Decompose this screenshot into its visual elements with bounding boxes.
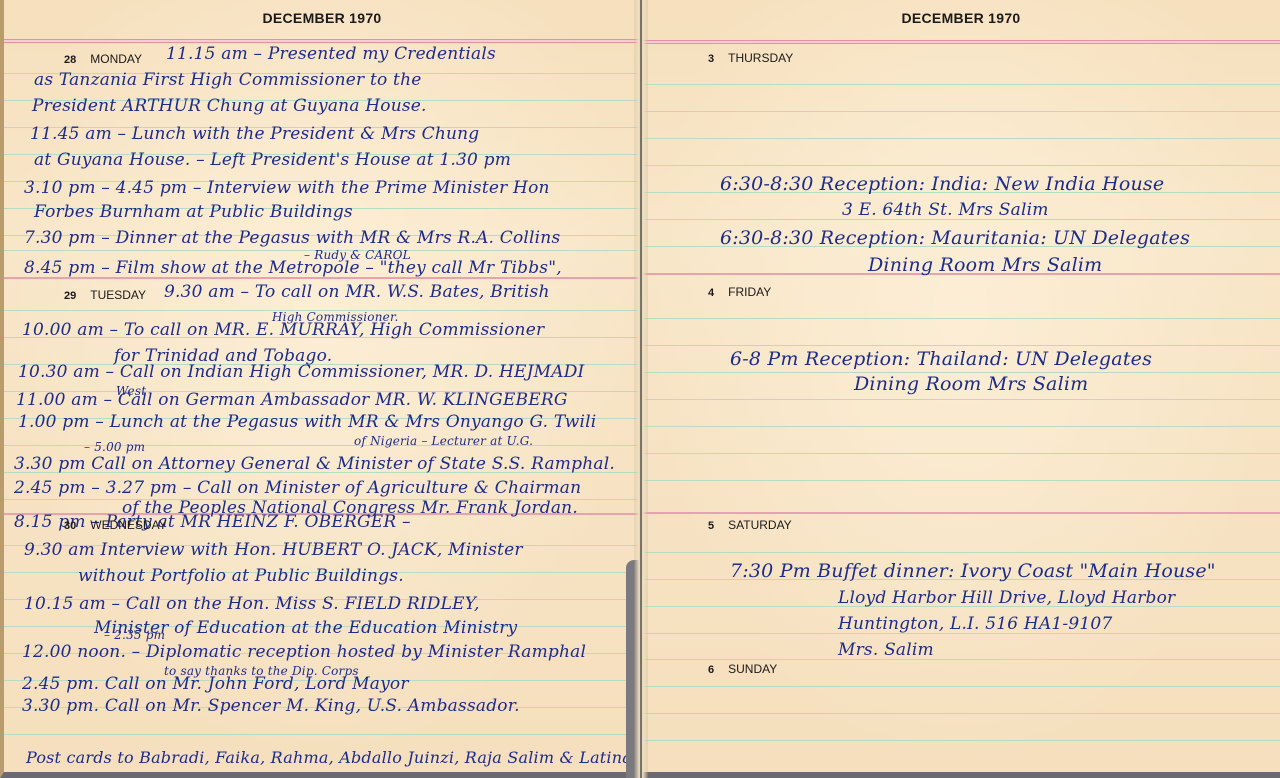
day-label-30: 30WEDNESDAY (64, 518, 167, 532)
entry: – 5.00 pm (84, 440, 145, 454)
entry: 11.15 am – Presented my Credentials (166, 44, 496, 64)
entry: 12.00 noon. – Diplomatic reception hoste… (22, 642, 586, 662)
entry: 2.45 pm. Call on Mr. John Ford, Lord May… (22, 674, 409, 694)
entry: 3.30 pm Call on Attorney General & Minis… (14, 454, 615, 474)
entry: 6:30-8:30 Reception: India: New India Ho… (720, 173, 1164, 195)
day-name: SATURDAY (728, 518, 792, 532)
entry: 3.10 pm – 4.45 pm – Interview with the P… (24, 178, 550, 198)
day-name: FRIDAY (728, 285, 771, 299)
day-label-5: 5SATURDAY (708, 518, 792, 532)
entry: without Portfolio at Public Buildings. (78, 566, 404, 586)
ruled-line (642, 426, 1280, 427)
entry: as Tanzania First High Commissioner to t… (34, 70, 422, 90)
day-label-28: 28MONDAY (64, 52, 142, 66)
entry: 9.30 am – To call on MR. W.S. Bates, Bri… (164, 282, 550, 302)
ruled-line (642, 399, 1280, 400)
entry: 11.00 am – Call on German Ambassador MR.… (16, 390, 568, 410)
entry: President ARTHUR Chung at Guyana House. (32, 96, 427, 116)
ruled-line (642, 138, 1280, 139)
ruled-line (642, 345, 1280, 346)
ruled-line (642, 740, 1280, 741)
ruled-line (642, 84, 1280, 85)
day-separator (642, 512, 1280, 514)
ruled-line (642, 318, 1280, 319)
entry: 7.30 pm – Dinner at the Pegasus with MR … (24, 228, 560, 248)
day-name: MONDAY (90, 52, 142, 66)
month-header-left: DECEMBER 1970 (4, 10, 640, 26)
day-number: 3 (708, 53, 714, 65)
ruled-line (642, 453, 1280, 454)
day-name: WEDNESDAY (90, 518, 166, 532)
entry: 7:30 Pm Buffet dinner: Ivory Coast "Main… (730, 560, 1216, 582)
entry: 3 E. 64th St. Mrs Salim (842, 200, 1049, 220)
diary-spread: DECEMBER 1970 28MONDAY 11.15 am – Prese (0, 0, 1280, 778)
day-number: 30 (64, 520, 76, 532)
entry: 10.15 am – Call on the Hon. Miss S. FIEL… (24, 594, 480, 614)
entry: of Nigeria – Lecturer at U.G. (354, 434, 533, 448)
entry: 8.45 pm – Film show at the Metropole – "… (24, 258, 562, 278)
day-name: TUESDAY (90, 288, 146, 302)
left-page: DECEMBER 1970 28MONDAY 11.15 am – Prese (0, 0, 640, 778)
day-label-29: 29TUESDAY (64, 288, 146, 302)
day-label-3: 3THURSDAY (708, 51, 793, 65)
entry: Forbes Burnham at Public Buildings (34, 202, 353, 222)
footer-note: Post cards to Babradi, Faika, Rahma, Abd… (26, 748, 640, 767)
right-page: DECEMBER 1970 3THURSDAY 6:30-8:30 Recept… (642, 0, 1280, 778)
entry: 6-8 Pm Reception: Thailand: UN Delegates (730, 348, 1152, 370)
book-spine (634, 0, 648, 778)
ruled-line (4, 734, 640, 735)
month-header-right: DECEMBER 1970 (642, 10, 1280, 26)
ruled-line (642, 686, 1280, 687)
entry: – 2.35 pm (104, 628, 165, 642)
header-rule (4, 39, 640, 43)
entry: 3.30 pm. Call on Mr. Spencer M. King, U.… (22, 696, 520, 716)
ruled-line (642, 165, 1280, 166)
entry: Mrs. Salim (838, 640, 934, 660)
day-label-4: 4FRIDAY (708, 285, 771, 299)
day-number: 6 (708, 664, 714, 676)
ruled-line (642, 552, 1280, 553)
day-number: 4 (708, 287, 714, 299)
day-number: 29 (64, 290, 76, 302)
entry: 2.45 pm – 3.27 pm – Call on Minister of … (14, 478, 581, 498)
entry: 1.00 pm – Lunch at the Pegasus with MR &… (18, 412, 596, 432)
entry: Lloyd Harbor Hill Drive, Lloyd Harbor (838, 588, 1175, 608)
ruled-line (642, 480, 1280, 481)
entry: 10.00 am – To call on MR. E. MURRAY, Hig… (22, 320, 544, 340)
day-label-6: 6SUNDAY (708, 662, 777, 676)
day-name: THURSDAY (728, 51, 793, 65)
ruled-line (642, 713, 1280, 714)
entry: 11.45 am – Lunch with the President & Mr… (30, 124, 479, 144)
entry: at Guyana House. – Left President's Hous… (34, 150, 511, 170)
day-name: SUNDAY (728, 662, 777, 676)
entry: Dining Room Mrs Salim (854, 373, 1088, 395)
entry: Dining Room Mrs Salim (868, 254, 1102, 276)
header-rule (642, 40, 1280, 44)
entry: 9.30 am Interview with Hon. HUBERT O. JA… (24, 540, 523, 560)
day-number: 28 (64, 54, 76, 66)
entry: Huntington, L.I. 516 HA1-9107 (838, 614, 1112, 634)
entry: 10.30 am – Call on Indian High Commissio… (18, 362, 584, 382)
ruled-line (642, 659, 1280, 660)
ruled-line (642, 111, 1280, 112)
entry: 6:30-8:30 Reception: Mauritania: UN Dele… (720, 227, 1190, 249)
day-number: 5 (708, 520, 714, 532)
